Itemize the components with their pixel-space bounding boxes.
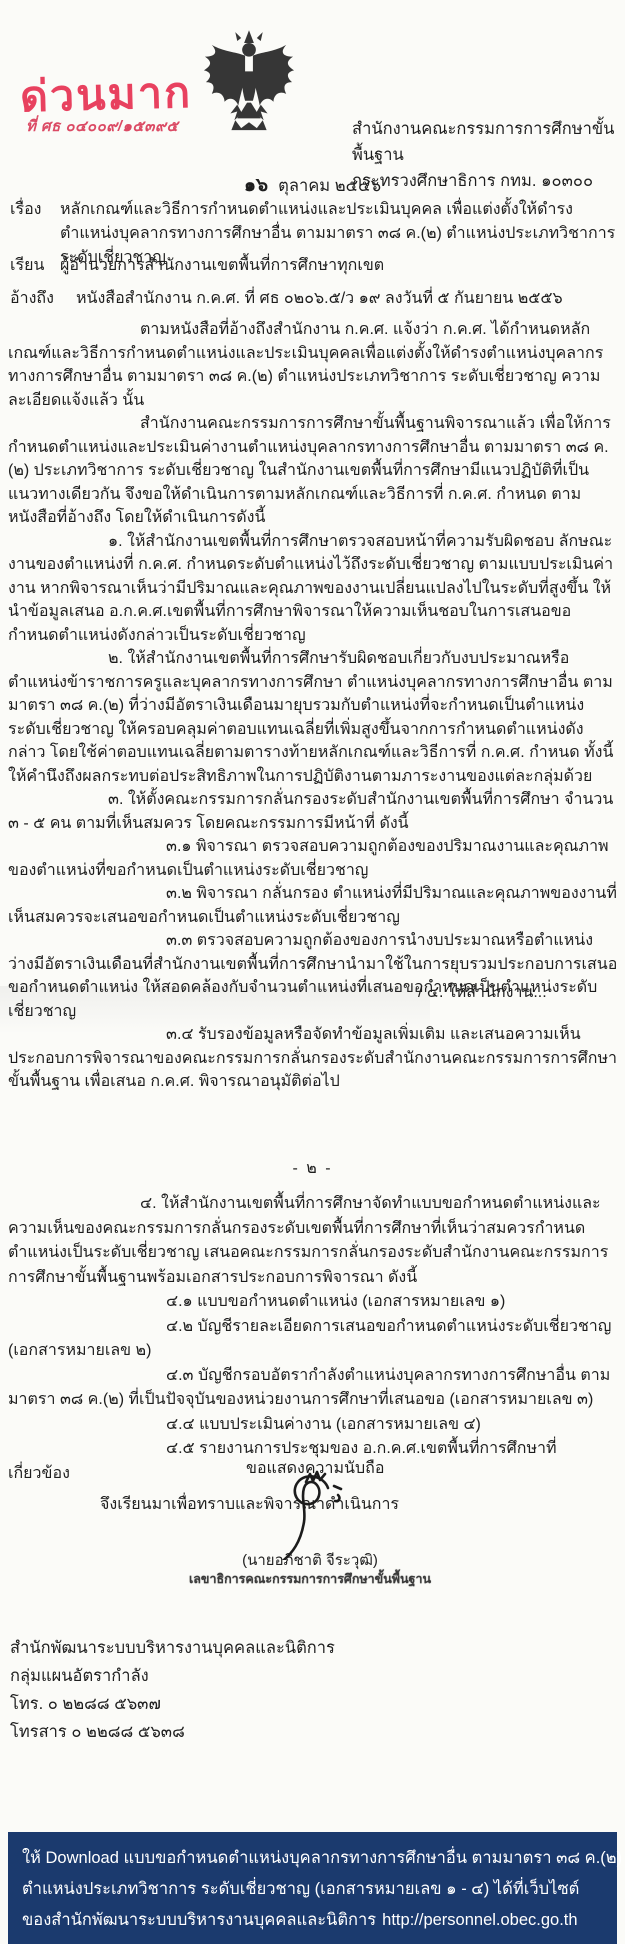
reference-text: หนังสือสำนักงาน ก.ค.ศ. ที่ ศธ ๐๒๐๖.๕/ว ๑… <box>8 287 620 311</box>
body-paragraph: ๓.๑ พิจารณา ตรวจสอบความถูกต้องของปริมาณง… <box>8 835 618 882</box>
body-paragraph: ๓.๔ รับรองข้อมูลหรือจัดทำข้อมูลเพิ่มเติม… <box>8 1023 618 1094</box>
garuda-emblem-icon <box>202 28 296 151</box>
banner-line1: ให้ Download แบบขอกำหนดตำแหน่งบุคลากรทาง… <box>22 1843 603 1874</box>
body-paragraph: ๓.๒ พิจารณา กลั่นกรอง ตำแหน่งที่มีปริมาณ… <box>8 882 618 929</box>
footer-fax: โทรสาร ๐ ๒๒๘๘ ๕๖๓๘ <box>10 1718 335 1746</box>
letter-date-day: ๑๖ <box>244 175 268 196</box>
reference-label: อ้างถึง <box>10 287 54 311</box>
download-banner: ให้ Download แบบขอกำหนดตำแหน่งบุคลากรทาง… <box>8 1832 617 1944</box>
body-paragraph: สำนักงานคณะกรรมการการศึกษาขั้นพื้นฐานพิจ… <box>8 412 618 530</box>
body-paragraph: ๓.๓ ตรวจสอบความถูกต้องของการนำงบประมาณหร… <box>8 929 618 1023</box>
banner-line3-text: ของสำนักพัฒนาระบบบริหารงานบุคคลและนิติกา… <box>22 1911 376 1929</box>
enclosure-item: ๔.๔ แบบประเมินค่างาน (เอกสารหมายเลข ๔) <box>8 1413 618 1438</box>
footer-tel: โทร. ๐ ๒๒๘๘ ๕๖๓๗ <box>10 1690 335 1718</box>
signer-title: เลขาธิการคณะกรรมการการศึกษาขั้นพื้นฐาน <box>130 1569 490 1589</box>
recipient-label: เรียน <box>10 254 44 278</box>
agency-name: สำนักงานคณะกรรมการการศึกษาขั้นพื้นฐาน <box>352 116 625 168</box>
reference-line: อ้างถึง หนังสือสำนักงาน ก.ค.ศ. ที่ ศธ ๐๒… <box>8 287 620 311</box>
enclosure-item: ๔.๒ บัญชีรายละเอียดการเสนอขอกำหนดตำแหน่ง… <box>8 1315 618 1364</box>
footer-group: กลุ่มแผนอัตรากำลัง <box>10 1662 335 1690</box>
letter-footer: สำนักพัฒนาระบบบริหารงานบุคคลและนิติการ ก… <box>10 1634 335 1746</box>
agency-address: กระทรวงศึกษาธิการ กทม. ๑๐๓๐๐ <box>352 168 625 194</box>
letter-date: ๑๖ตุลาคม ๒๕๕๖ <box>244 170 381 200</box>
enclosure-item: ๔.๓ บัญชีกรอบอัตรากำลังตำแหน่งบุคลากรทาง… <box>8 1364 618 1413</box>
recipient-text: ผู้อำนวยการสำนักงานเขตพื้นที่การศึกษาทุก… <box>8 254 620 278</box>
body-paragraph: ตามหนังสือที่อ้างถึงสำนักงาน ก.ค.ศ. แจ้ง… <box>8 318 618 412</box>
page-number: - ๒ - <box>0 1156 625 1181</box>
body-paragraph: ๔. ให้สำนักงานเขตพื้นที่การศึกษาจัดทำแบบ… <box>8 1192 618 1290</box>
banner-line3: ของสำนักพัฒนาระบบบริหารงานบุคคลและนิติกา… <box>22 1905 603 1936</box>
document-number: ที่ ศธ ๐๔๐๐๙/๑๕๓๙๕ <box>26 114 178 138</box>
banner-line2: ตำแหน่งประเภทวิชาการ ระดับเชี่ยวชาญ (เอก… <box>22 1874 603 1905</box>
banner-url-link[interactable]: http://personnel.obec.go.th <box>382 1911 577 1929</box>
body-paragraph: ๒. ให้สำนักงานเขตพื้นที่การศึกษารับผิดชอ… <box>8 647 618 788</box>
scanned-letter-page: ด่วนมาก ที่ ศธ ๐๔๐๐๙/๑๕๓๙๕ สำนักงานคณะกร… <box>0 0 625 1944</box>
recipient-line: เรียน ผู้อำนวยการสำนักงานเขตพื้นที่การศึ… <box>8 254 620 278</box>
body-paragraph: ๓. ให้ตั้งคณะกรรมการกลั่นกรองระดับสำนักง… <box>8 788 618 835</box>
footer-bureau: สำนักพัฒนาระบบบริหารงานบุคคลและนิติการ <box>10 1634 335 1662</box>
continuation-marker: / ๔. ให้สำนักงาน... <box>418 980 547 1005</box>
page1-body: ตามหนังสือที่อ้างถึงสำนักงาน ก.ค.ศ. แจ้ง… <box>8 318 618 1094</box>
enclosure-item: ๔.๑ แบบขอกำหนดตำแหน่ง (เอกสารหมายเลข ๑) <box>8 1290 618 1315</box>
body-paragraph: ๑. ให้สำนักงานเขตพื้นที่การศึกษาตรวจสอบห… <box>8 530 618 648</box>
subject-label: เรื่อง <box>10 198 41 222</box>
letter-date-rest: ตุลาคม ๒๕๕๖ <box>278 177 381 195</box>
